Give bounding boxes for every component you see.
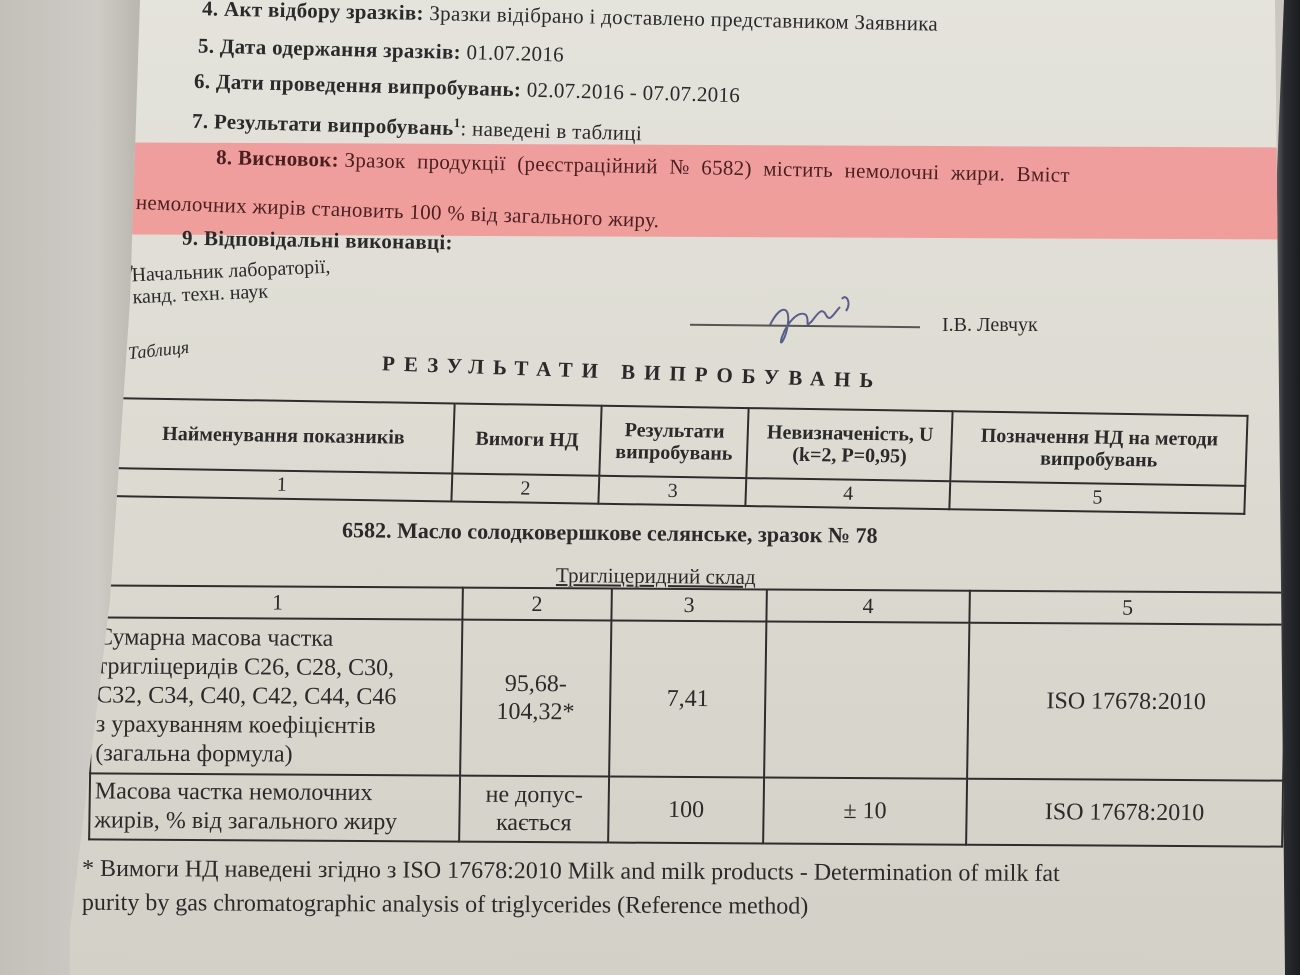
col-number-3: 3 bbox=[599, 476, 747, 506]
col-header-1: Найменування показників bbox=[112, 398, 454, 473]
table-row: Сумарна масова частка тригліцеридів С26,… bbox=[90, 617, 1285, 780]
indicator-cell: Масова частка немолочних жирів, % від за… bbox=[89, 773, 460, 841]
conclusion-label: 8. Висновок: bbox=[216, 145, 339, 172]
signature-scribble bbox=[760, 285, 870, 355]
item-4-label: 4. Акт відбору зразків: bbox=[202, 0, 424, 25]
item-5: 5. Дата одержання зразків: 01.07.2016 bbox=[198, 34, 565, 68]
table-label: Таблиця bbox=[127, 337, 190, 364]
num-cell-3: 3 bbox=[611, 589, 767, 622]
requirement-cell: 95,68- 104,32* bbox=[460, 620, 611, 777]
method-cell: ISO 17678:2010 bbox=[966, 779, 1283, 847]
col-number-5: 5 bbox=[950, 481, 1246, 514]
header-table: Найменування показників Вимоги НД Резуль… bbox=[110, 397, 1248, 515]
item-6: 6. Дати проведення випробувань: 02.07.20… bbox=[194, 69, 741, 108]
num-cell-4: 4 bbox=[766, 589, 969, 622]
item-4: 4. Акт відбору зразків: Зразки відібрано… bbox=[202, 0, 938, 37]
method-cell: ISO 17678:2010 bbox=[967, 623, 1285, 781]
table-row: Масова частка немолочних жирів, % від за… bbox=[89, 773, 1283, 846]
item-9: 9. Відповідальні виконавці: bbox=[182, 226, 453, 256]
footnote-line-2: purity by gas chromatographic analysis o… bbox=[82, 886, 1297, 926]
item-7: 7. Результати випробувань1: наведені в т… bbox=[192, 108, 643, 147]
item-7-label: 7. Результати випробувань1 bbox=[192, 109, 461, 140]
item-9-label: 9. Відповідальні виконавці: bbox=[182, 226, 453, 255]
num-cell-2: 2 bbox=[462, 588, 612, 621]
requirement-cell: не допус- кається bbox=[459, 776, 609, 843]
responsible-position: Начальник лабораторії, канд. техн. наук bbox=[131, 256, 332, 309]
product-title: 6582. Масло солодковершкове селянське, з… bbox=[342, 517, 878, 549]
result-cell: 100 bbox=[608, 777, 764, 844]
num-cell-1: 1 bbox=[92, 585, 462, 619]
item-7-value: : наведені в таблиці bbox=[460, 116, 642, 145]
col-number-2: 2 bbox=[451, 473, 599, 503]
col-number-4: 4 bbox=[746, 478, 951, 509]
results-table: 1 2 3 4 5 Сумарна масова частка тригліце… bbox=[88, 584, 1287, 847]
col-header-2: Вимоги НД bbox=[452, 403, 602, 475]
result-cell: 7,41 bbox=[609, 621, 766, 778]
document-sheet: 4. Акт відбору зразків: Зразки відібрано… bbox=[70, 0, 1285, 975]
col-number-1: 1 bbox=[111, 468, 452, 501]
product-subtitle: Тригліцеридний склад bbox=[556, 563, 756, 590]
document-page: 4. Акт відбору зразків: Зразки відібрано… bbox=[70, 0, 1285, 975]
uncertainty-cell bbox=[764, 621, 969, 778]
item-5-value: 01.07.2016 bbox=[466, 40, 564, 66]
item-6-label: 6. Дати проведення випробувань: bbox=[194, 69, 522, 102]
indicator-cell: Сумарна масова частка тригліцеридів С26,… bbox=[90, 617, 462, 775]
signer-name: І.В. Левчук bbox=[942, 314, 1038, 337]
item-4-value: Зразки відібрано і доставлено представни… bbox=[429, 1, 938, 36]
results-title: РЕЗУЛЬТАТИ ВИПРОБУВАНЬ bbox=[382, 351, 883, 393]
num-cell-5: 5 bbox=[969, 591, 1286, 625]
uncertainty-cell: ± 10 bbox=[763, 777, 967, 844]
col-header-4: Невизначеність, U (k=2, P=0,95) bbox=[747, 408, 953, 481]
item-5-label: 5. Дата одержання зразків: bbox=[198, 34, 461, 64]
item-6-value: 02.07.2016 - 07.07.2016 bbox=[526, 78, 740, 108]
footnote: * Вимоги НД наведені згідно з ISO 17678:… bbox=[82, 852, 1297, 926]
col-header-3: Результати випробувань bbox=[599, 406, 749, 478]
col-header-5: Позначення НД на методи випробувань bbox=[951, 411, 1248, 486]
